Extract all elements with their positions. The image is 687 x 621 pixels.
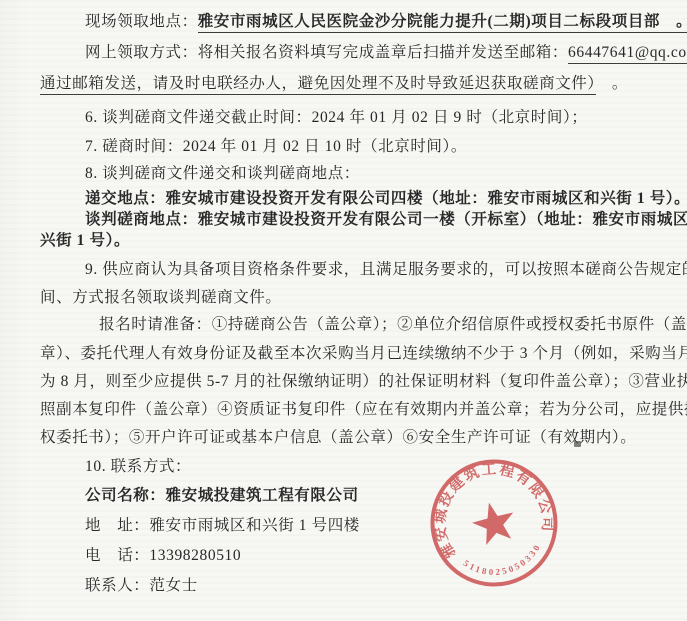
line-company-phone: 电 话：13398280510 — [85, 546, 241, 566]
line-signup-prepare: 报名时请准备：①持磋商公告（盖公章）；②单位介绍信原件或授权委托书原件（盖公 — [99, 315, 687, 335]
negotiation-location-wrap-text: 兴街 1 号）。 — [40, 232, 130, 249]
submit-location-text: 递交地点：雅安城市建设投资开发有限公司四楼（地址：雅安市雨城区和兴街 1 号）。 — [85, 190, 687, 207]
line-item-9-wrap: 间、方式报名领取谈判磋商文件。 — [40, 288, 282, 308]
company-name-text: 公司名称：雅安城投建筑工程有限公司 — [85, 487, 359, 504]
line-negotiation-location: 谈判磋商地点：雅安城市建设投资开发有限公司一楼（开标室）（地址：雅安市雨城区和 — [85, 210, 687, 230]
negotiation-location-text: 谈判磋商地点：雅安城市建设投资开发有限公司一楼（开标室）（地址：雅安市雨城区和 — [85, 211, 687, 228]
line-company-name: 公司名称：雅安城投建筑工程有限公司 — [85, 486, 359, 506]
scan-noise-speck — [574, 441, 581, 447]
signup-prepare-wrap-1-text: 章）、委托代理人有效身份证及截至本次采购当月已连续缴纳不少于 3 个月（例如，采… — [40, 345, 687, 362]
line-submit-location: 递交地点：雅安城市建设投资开发有限公司四楼（地址：雅安市雨城区和兴街 1 号）。 — [85, 189, 687, 209]
seal-number-text: 5118025050330 — [460, 539, 548, 585]
contact-heading: 10. 联系方式： — [85, 458, 191, 475]
scanned-document-page: 现场领取地点：雅安市雨城区人民医院金沙分院能力提升(二期)项目二标段项目部 。 … — [0, 0, 687, 621]
line-pickup-location: 现场领取地点：雅安市雨城区人民医院金沙分院能力提升(二期)项目二标段项目部 。 — [85, 12, 687, 32]
line-online-pickup: 网上领取方式：将相关报名资料填写完成盖章后扫描并发送至邮箱：66447641@q… — [85, 43, 687, 63]
deadline-text: 6. 谈判磋商文件递交截止时间：2024 年 01 月 02 日 9 时（北京时… — [85, 109, 587, 126]
line-signup-prepare-wrap-3: 照副本复印件（盖公章）④资质证书复印件（应在有效期内并盖公章；若为分公司，应提供… — [40, 400, 687, 420]
company-seal: 雅安城投建筑工程有限公司 5118025050330 — [409, 437, 579, 609]
line-signup-prepare-wrap-2: 为 8 月，则至少应提供 5-7 月的社保缴纳证明）的社保证明材料（复印件盖公章… — [40, 372, 687, 392]
signup-prepare-wrap-3-text: 照副本复印件（盖公章）④资质证书复印件（应在有效期内并盖公章；若为分公司，应提供… — [40, 401, 687, 418]
pickup-location-label: 现场领取地点： — [85, 13, 198, 30]
line-item-10: 10. 联系方式： — [85, 457, 191, 477]
online-pickup-period: 。 — [596, 75, 628, 92]
line-company-address: 地 址：雅安市雨城区和兴街 1 号四楼 — [85, 516, 360, 536]
line-signup-prepare-wrap-1: 章）、委托代理人有效身份证及截至本次采购当月已连续缴纳不少于 3 个月（例如，采… — [40, 344, 687, 364]
signup-prepare-wrap-4-text: 权委托书）；⑤开户许可证或基本户信息（盖公章）⑥安全生产许可证（有效期内）。 — [40, 429, 636, 446]
line-item-8: 8. 谈判磋商文件递交和谈判磋商地点： — [85, 164, 360, 184]
company-address-text: 地 址：雅安市雨城区和兴街 1 号四楼 — [85, 517, 360, 534]
negotiation-time-text: 7. 磋商时间：2024 年 01 月 02 日 10 时（北京时间）。 — [85, 138, 467, 155]
line-contact-person: 联系人：范女士 — [85, 576, 198, 596]
contact-person-text: 联系人：范女士 — [85, 577, 198, 594]
locations-heading: 8. 谈判磋商文件递交和谈判磋商地点： — [85, 165, 360, 182]
supplier-clause-text: 9. 供应商认为具备项目资格条件要求，且满足服务要求的，可以按照本磋商公告规定的… — [85, 261, 687, 278]
pickup-location-value: 雅安市雨城区人民医院金沙分院能力提升(二期)项目二标段项目部 。 — [198, 13, 687, 33]
signup-prepare-text: 报名时请准备：①持磋商公告（盖公章）；②单位介绍信原件或授权委托书原件（盖公 — [99, 316, 687, 333]
line-online-pickup-wrap: 通过邮箱发送，请及时电联经办人，避免因处理不及时导致延迟获取磋商文件） 。 — [40, 74, 628, 94]
supplier-clause-wrap-text: 间、方式报名领取谈判磋商文件。 — [40, 289, 282, 306]
signup-prepare-wrap-2-text: 为 8 月，则至少应提供 5-7 月的社保缴纳证明）的社保证明材料（复印件盖公章… — [40, 373, 687, 390]
line-negotiation-location-wrap: 兴街 1 号）。 — [40, 231, 130, 251]
line-item-7: 7. 磋商时间：2024 年 01 月 02 日 10 时（北京时间）。 — [85, 137, 467, 157]
seal-star-icon — [468, 497, 519, 546]
line-item-9: 9. 供应商认为具备项目资格条件要求，且满足服务要求的，可以按照本磋商公告规定的… — [85, 260, 687, 280]
company-phone-text: 电 话：13398280510 — [85, 547, 241, 564]
online-pickup-label: 网上领取方式：将相关报名资料填写完成盖章后扫描并发送至邮箱： — [85, 44, 568, 61]
line-item-6: 6. 谈判磋商文件递交截止时间：2024 年 01 月 02 日 9 时（北京时… — [85, 108, 587, 128]
email-value: 66447641@qq.com(若 — [568, 44, 687, 64]
online-pickup-note: 通过邮箱发送，请及时电联经办人，避免因处理不及时导致延迟获取磋商文件） — [40, 75, 596, 95]
